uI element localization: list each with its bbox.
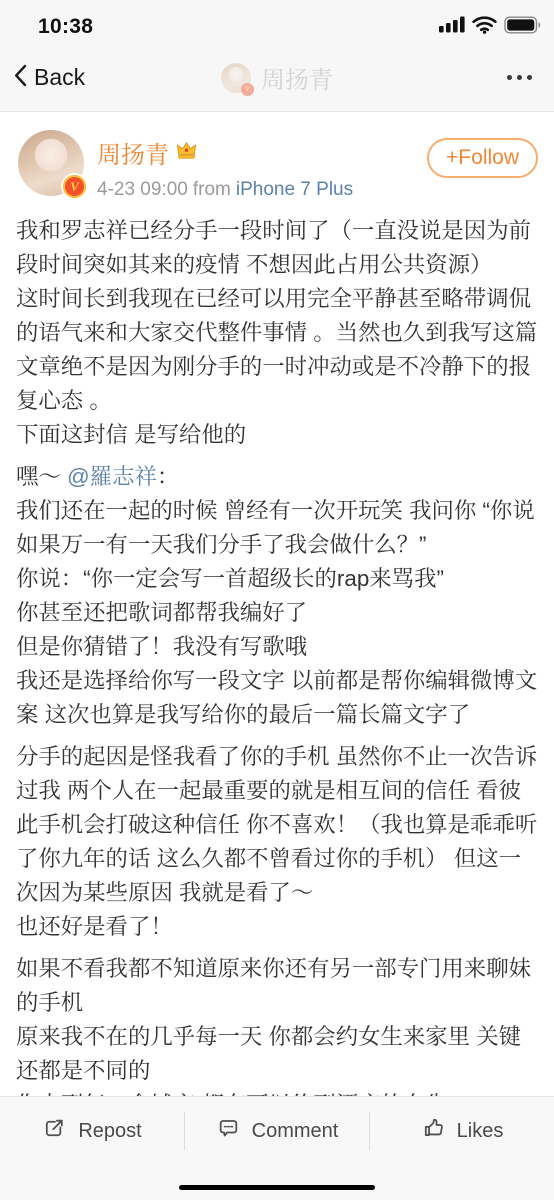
paragraph-letter: 嘿～ @羅志祥： 我们还在一起的时候 曾经有一次开玩笑 我问你 “你说如果万一有… [16,460,538,732]
post-text-line: 原来我不在的几乎每一天 你都会约女生来家里 关键还都是不同的 [16,1020,538,1088]
from-label: from [193,179,231,201]
follow-button[interactable]: +Follow [427,138,538,178]
ellipsis-icon [507,75,532,80]
home-indicator[interactable] [179,1185,375,1190]
repost-label: Repost [78,1120,141,1143]
comment-label: Comment [252,1120,339,1143]
status-bar: 10:38 [0,0,554,44]
likes-button[interactable]: Likes [370,1116,554,1146]
back-label: Back [34,64,85,91]
repost-icon [42,1116,67,1146]
back-chevron-icon [14,64,27,92]
post-timestamp: 4-23 09:00 from iPhone 7 Plus [97,179,353,201]
action-bar: Repost Comment [0,1096,554,1200]
author-meta: 周扬青 4-23 09:00 from iPhone 7 Plus [97,130,353,201]
nav-verified-badge-icon: V [241,83,254,96]
thumbs-up-icon [421,1116,446,1146]
nav-title: 周扬青 [261,60,333,95]
crown-icon [176,141,197,165]
comment-icon [216,1116,241,1146]
paragraph-intro: 我和罗志祥已经分手一段时间了（一直没说是因为前段时间突如其来的疫情 不想因此占用… [16,214,538,452]
post-text-line: 你去到每一个城市 都有可以约到酒店的女生 [16,1088,538,1096]
comment-button[interactable]: Comment [185,1116,369,1146]
post-text-line: 这时间长到我现在已经可以用完全平静甚至略带调侃的语气来和大家交代整件事情 。当然… [16,282,538,418]
paragraph-breakup: 分手的起因是怪我看了你的手机 虽然你不止一次告诉过我 两个人在一起最重要的就是相… [16,740,538,944]
repost-button[interactable]: Repost [0,1116,184,1146]
author-name[interactable]: 周扬青 [97,135,169,170]
post-text-line: 你说：“你一定会写一首超级长的rap来骂我” [16,562,538,596]
cellular-signal-icon [439,16,465,38]
post-text-line: 我和罗志祥已经分手一段时间了（一直没说是因为前段时间突如其来的疫情 不想因此占用… [16,214,538,282]
paragraph-discovery: 如果不看我都不知道原来你还有另一部专门用来聊妹的手机 原来我不在的几乎每一天 你… [16,952,538,1096]
post-text-line: 分手的起因是怪我看了你的手机 虽然你不止一次告诉过我 两个人在一起最重要的就是相… [16,740,538,910]
greeting-prefix: 嘿～ [16,464,67,489]
status-time: 10:38 [38,15,93,39]
post-text-line: 我还是选择给你写一段文字 以前都是帮你编辑微博文案 这次也算是我写给你的最后一篇… [16,664,538,732]
verified-badge-icon: V [63,175,86,198]
nav-avatar: V [221,63,251,93]
status-icons [439,16,542,39]
post-text: 我和罗志祥已经分手一段时间了（一直没说是因为前段时间突如其来的疫情 不想因此占用… [0,214,554,1096]
post-text-line: 下面这封信 是写给他的 [16,418,538,452]
back-button[interactable]: Back [0,64,85,92]
post-header: V 周扬青 4-23 09:00 from iPho [0,112,554,201]
battery-full-icon [504,16,542,39]
post-text-line: 我们还在一起的时候 曾经有一次开玩笑 我问你 “你说如果万一有一天我们分手了我会… [16,494,538,562]
letter-greeting: 嘿～ @羅志祥： [16,460,538,494]
avatar[interactable]: V [18,130,84,196]
mention-link[interactable]: @羅志祥 [67,464,157,489]
wifi-icon [472,16,497,39]
nav-bar: Back V 周扬青 [0,44,554,112]
device-link[interactable]: iPhone 7 Plus [236,179,353,201]
weibo-post-screen: 10:38 [0,0,554,1200]
post-text-line: 你甚至还把歌词都帮我编好了 [16,596,538,630]
post-text-line: 但是你猜错了！我没有写歌哦 [16,630,538,664]
post-text-line: 如果不看我都不知道原来你还有另一部专门用来聊妹的手机 [16,952,538,1020]
post-content[interactable]: V 周扬青 4-23 09:00 from iPho [0,112,554,1096]
post-text-line: 也还好是看了！ [16,910,538,944]
more-button[interactable] [507,75,554,80]
greeting-suffix: ： [157,464,179,489]
likes-label: Likes [457,1120,504,1143]
post-time: 4-23 09:00 [97,179,188,201]
